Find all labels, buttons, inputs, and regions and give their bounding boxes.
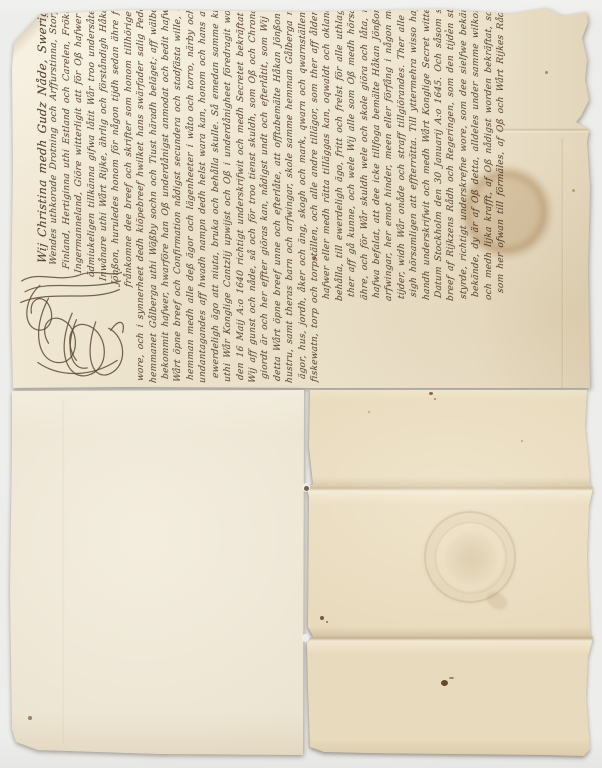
- manuscript-line: den 16 Maij A:o 1640 richtigt underskrif…: [235, 10, 247, 385]
- foxing-spot: [521, 440, 523, 442]
- fold-crease: [561, 138, 564, 388]
- foxing-spot: [572, 189, 575, 192]
- blank-page-wrap: [10, 389, 306, 756]
- manuscript-line: ther aff gå kunne, och wele Wij alle som…: [346, 10, 358, 385]
- foxing-spot: [368, 411, 370, 413]
- manuscript-line: fiskewatn, torp och torpställen, och all…: [309, 10, 321, 385]
- manuscript-line: detta Wårt öpne breef unne och efterlåte…: [272, 10, 284, 385]
- manuscript-line: ähre, och för Wår skuldh wele och skole …: [359, 10, 371, 385]
- manuscript-line: arfwingar, her emot hinder, meen eller f…: [383, 10, 395, 385]
- fold-crease: [498, 128, 590, 133]
- manuscript-line: Wij aff gunst och nåde, så och för troo …: [247, 10, 259, 385]
- manuscript-line: tijder, widh Wår onåde och straff tillgi…: [396, 10, 408, 385]
- manuscript-line: hafwer eller medh rätta tilläggas kan, o…: [321, 10, 333, 385]
- manuscript-line: wore, och i synnerheet dedh kiöpebreef h…: [135, 10, 147, 385]
- manuscript-line: behålla, till ewerdeligh ägo, fritt och …: [334, 10, 346, 385]
- manuscript-line: sigh hörsamligen att effterrätta. Till y…: [408, 10, 420, 385]
- foxing-spot: [320, 616, 324, 620]
- foxing-spot: [449, 677, 454, 679]
- manuscript-line: ägor, hus, jordh, åker och äng, skogh oc…: [297, 10, 309, 385]
- foxing-spot: [28, 716, 32, 720]
- manuscript-line: bekommit hafwer, hwarföre han Oß underdå…: [160, 10, 172, 385]
- manuscript-line: undantagandes aff hwadh nampn dedh helst…: [197, 10, 209, 385]
- fold-hole: [302, 634, 309, 642]
- blank-page: [10, 389, 306, 756]
- fold-crease: [62, 399, 65, 744]
- foxing-spot: [434, 398, 436, 400]
- letter-written-page: Wij Christina medh Gudz Nåde, Sweriges, …: [10, 8, 591, 388]
- folded-back-panel: [306, 387, 593, 758]
- foxing-spot: [429, 392, 433, 395]
- manuscript-line: hafwa befalat, att dee icke tillfoga bem…: [371, 10, 383, 385]
- manuscript-line: giordt är och her effter giöras kan, nåd…: [259, 10, 271, 385]
- folded-back-panel-wrap: [306, 387, 593, 758]
- manuscript-line: Wårt öpne breef och Confirmation nådigst…: [172, 10, 184, 385]
- foxing-spot: [441, 680, 448, 686]
- manuscript-line: handh underskrifwit och medh Wårt Kongli…: [421, 10, 433, 385]
- foxing-spot: [304, 486, 309, 491]
- foxing-spot: [545, 71, 548, 74]
- foxing-spot: [326, 621, 328, 623]
- photo-backdrop: Wij Christina medh Gudz Nåde, Sweriges, …: [0, 0, 602, 768]
- manuscript-line: hustru, samt theras barn och arfwingar, …: [284, 10, 296, 385]
- foxing-spot: [313, 256, 316, 260]
- manuscript-line: hemmanet Gålberga uthi Wäßby sochn och T…: [148, 10, 160, 385]
- embossed-seal: [424, 511, 516, 603]
- calligraphic-flourish: [15, 266, 125, 384]
- manuscript-line: Datum Stockholm den 30 Januarij A:o 1645…: [433, 10, 445, 385]
- foxing-spot: [152, 57, 154, 59]
- foxing-spot: [444, 30, 447, 32]
- manuscript-line: uthi Wår Konglige Cantzlij upwijst och O…: [222, 10, 234, 385]
- manuscript-line: hemman medh alle deß ägor och lägenheete…: [185, 10, 197, 385]
- letter-written-page-wrap: Wij Christina medh Gudz Nåde, Sweriges, …: [10, 8, 591, 388]
- manuscript-line: ewerdeligh ägo att niuta, bruka och behå…: [210, 10, 222, 385]
